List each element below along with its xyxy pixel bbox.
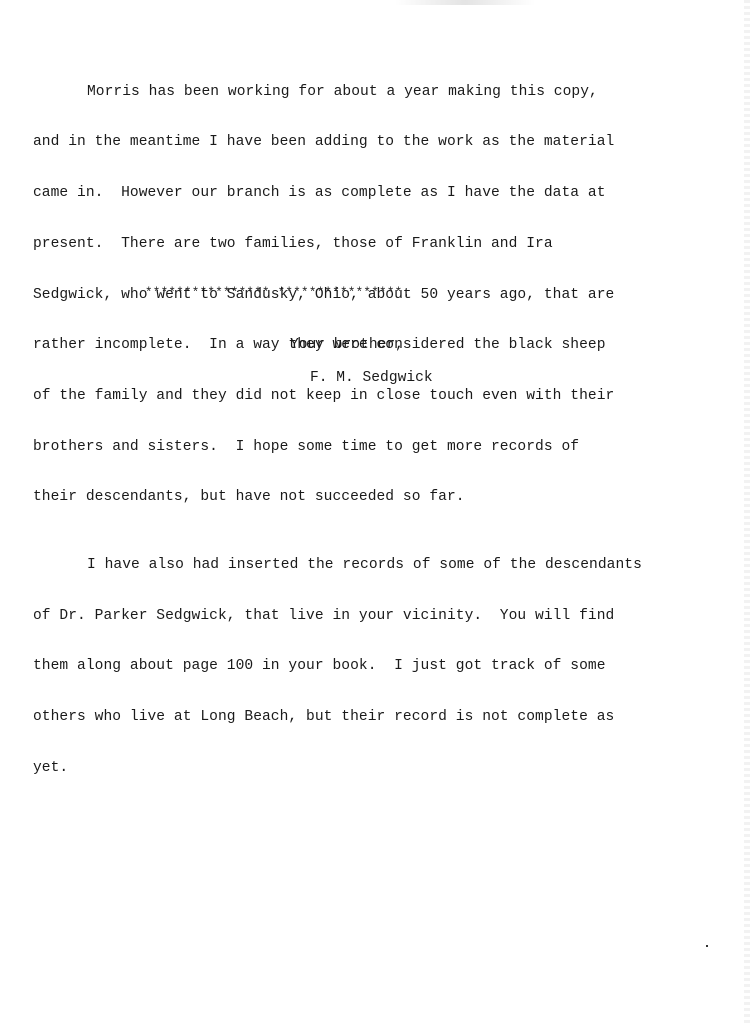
paragraph-1-line: Morris has been working for about a year…	[33, 84, 743, 101]
asterisk-separator: **************** ****************.	[145, 286, 410, 300]
paragraph-1-line: present. There are two families, those o…	[33, 236, 743, 253]
paragraph-2-line: them along about page 100 in your book. …	[33, 658, 743, 675]
paragraph-1-line: came in. However our branch is as comple…	[33, 185, 743, 202]
paragraph-1-line: brothers and sisters. I hope some time t…	[33, 439, 743, 456]
paragraph-2-line: of Dr. Parker Sedgwick, that live in you…	[33, 608, 743, 625]
signature: F. M. Sedgwick	[310, 370, 433, 386]
paragraph-1-line: of the family and they did not keep in c…	[33, 388, 743, 405]
paragraph-2-line: others who live at Long Beach, but their…	[33, 709, 743, 726]
paragraph-1-line: and in the meantime I have been adding t…	[33, 134, 743, 151]
letter-page: Morris has been working for about a year…	[0, 0, 750, 1025]
scan-smudge	[395, 0, 535, 5]
scan-speck	[706, 945, 708, 947]
scan-edge	[744, 0, 750, 1025]
paragraph-2-line: I have also had inserted the records of …	[33, 557, 743, 574]
closing-salutation: Your brother,	[290, 337, 404, 353]
letter-body: Morris has been working for about a year…	[33, 33, 743, 810]
paragraph-2-line: yet.	[33, 760, 743, 777]
paragraph-1-line: their descendants, but have not succeede…	[33, 489, 743, 506]
